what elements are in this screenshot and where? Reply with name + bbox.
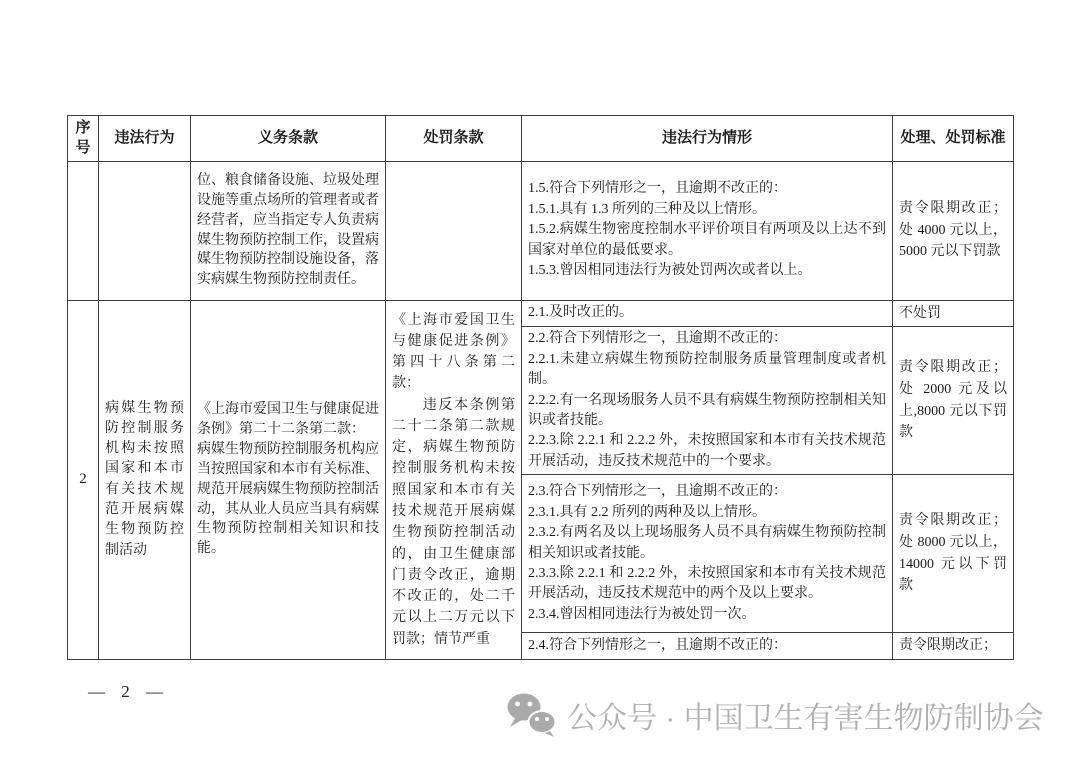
cell-penalty-clause-2: 《上海市爱国卫生与健康促进条例》第四十八条第二款： 违反本条例第二十二条第二款规…: [386, 300, 522, 659]
cell-situation-2-4: 2.4.符合下列情形之一，且逾期不改正的：: [522, 633, 893, 660]
col-header-seq: 序号: [68, 116, 99, 162]
col-header-obligation-clause: 义务条款: [191, 116, 386, 162]
penalty-clause-body: 违反本条例第二十二条第二款规定，病媒生物预防控制服务机构未按照国家和本市有关技术…: [392, 395, 515, 650]
cell-obligation-2: 《上海市爱国卫生与健康促进条例》第二十二条第二款： 病媒生物预防控制服务机构应当…: [191, 300, 386, 659]
regulation-penalty-table: 序号 违法行为 义务条款 处罚条款 违法行为情形 处理、处罚标准 位、粮食储备设…: [67, 115, 1014, 660]
cell-situation-2-1: 2.1.及时改正的。: [522, 300, 893, 327]
cell-violation-2: 病媒生物预防控制服务机构未按照国家和本市有关技术规范开展病媒生物预防控制活动: [99, 300, 191, 659]
cell-standard-2-1: 不处罚: [893, 300, 1014, 327]
cell-situation-1-5: 1.5.符合下列情形之一，且逾期不改正的： 1.5.1.具有 1.3 所列的三种…: [522, 161, 893, 300]
cell-standard-2-3: 责令限期改正；处 8000 元以上，14000 元以下罚款: [893, 475, 1014, 633]
cell-seq-empty: [68, 161, 99, 300]
cell-penalty-clause-empty: [386, 161, 522, 300]
col-header-violation: 违法行为: [99, 116, 191, 162]
watermark-text: 公众号 · 中国卫生有害生物防制协会: [567, 693, 1044, 737]
cell-standard-2-2: 责令限期改正；处 2000 元及以上,8000 元以下罚款: [893, 327, 1014, 475]
col-header-violation-situation: 违法行为情形: [522, 116, 893, 162]
obligation-clause-body: 病媒生物预防控制服务机构应当按照国家和本市有关标准、规范开展病媒生物预防控制活动…: [197, 440, 379, 559]
col-header-penalty-standard: 处理、处罚标准: [893, 116, 1014, 162]
table-row-2-sub-1: 2 病媒生物预防控制服务机构未按照国家和本市有关技术规范开展病媒生物预防控制活动…: [68, 300, 1014, 327]
cell-violation-empty: [99, 161, 191, 300]
cell-obligation-continuation: 位、粮食储备设施、垃圾处理设施等重点场所的管理者或者经营者，应当指定专人负责病媒…: [191, 161, 386, 300]
table-header-row: 序号 违法行为 义务条款 处罚条款 违法行为情形 处理、处罚标准: [68, 116, 1014, 162]
cell-standard-1-5: 责令限期改正；处 4000 元以上，5000 元以下罚款: [893, 161, 1014, 300]
page-number: — 2 —: [88, 682, 163, 702]
penalty-clause-title: 《上海市爱国卫生与健康促进条例》第四十八条第二款：: [392, 310, 515, 395]
col-header-penalty-clause: 处罚条款: [386, 116, 522, 162]
cell-standard-2-4: 责令限期改正；: [893, 633, 1014, 660]
cell-situation-2-3: 2.3.符合下列情形之一，且逾期不改正的： 2.3.1.具有 2.2 所列的两种…: [522, 475, 893, 633]
wechat-icon: [506, 692, 558, 738]
watermark: 公众号 · 中国卫生有害生物防制协会: [506, 692, 1044, 738]
cell-seq-2: 2: [68, 300, 99, 659]
table-row-1-continuation: 位、粮食储备设施、垃圾处理设施等重点场所的管理者或者经营者，应当指定专人负责病媒…: [68, 161, 1014, 300]
cell-situation-2-2: 2.2.符合下列情形之一，且逾期不改正的： 2.2.1.未建立病媒生物预防控制服…: [522, 327, 893, 475]
obligation-clause-title: 《上海市爱国卫生与健康促进条例》第二十二条第二款：: [197, 400, 379, 440]
